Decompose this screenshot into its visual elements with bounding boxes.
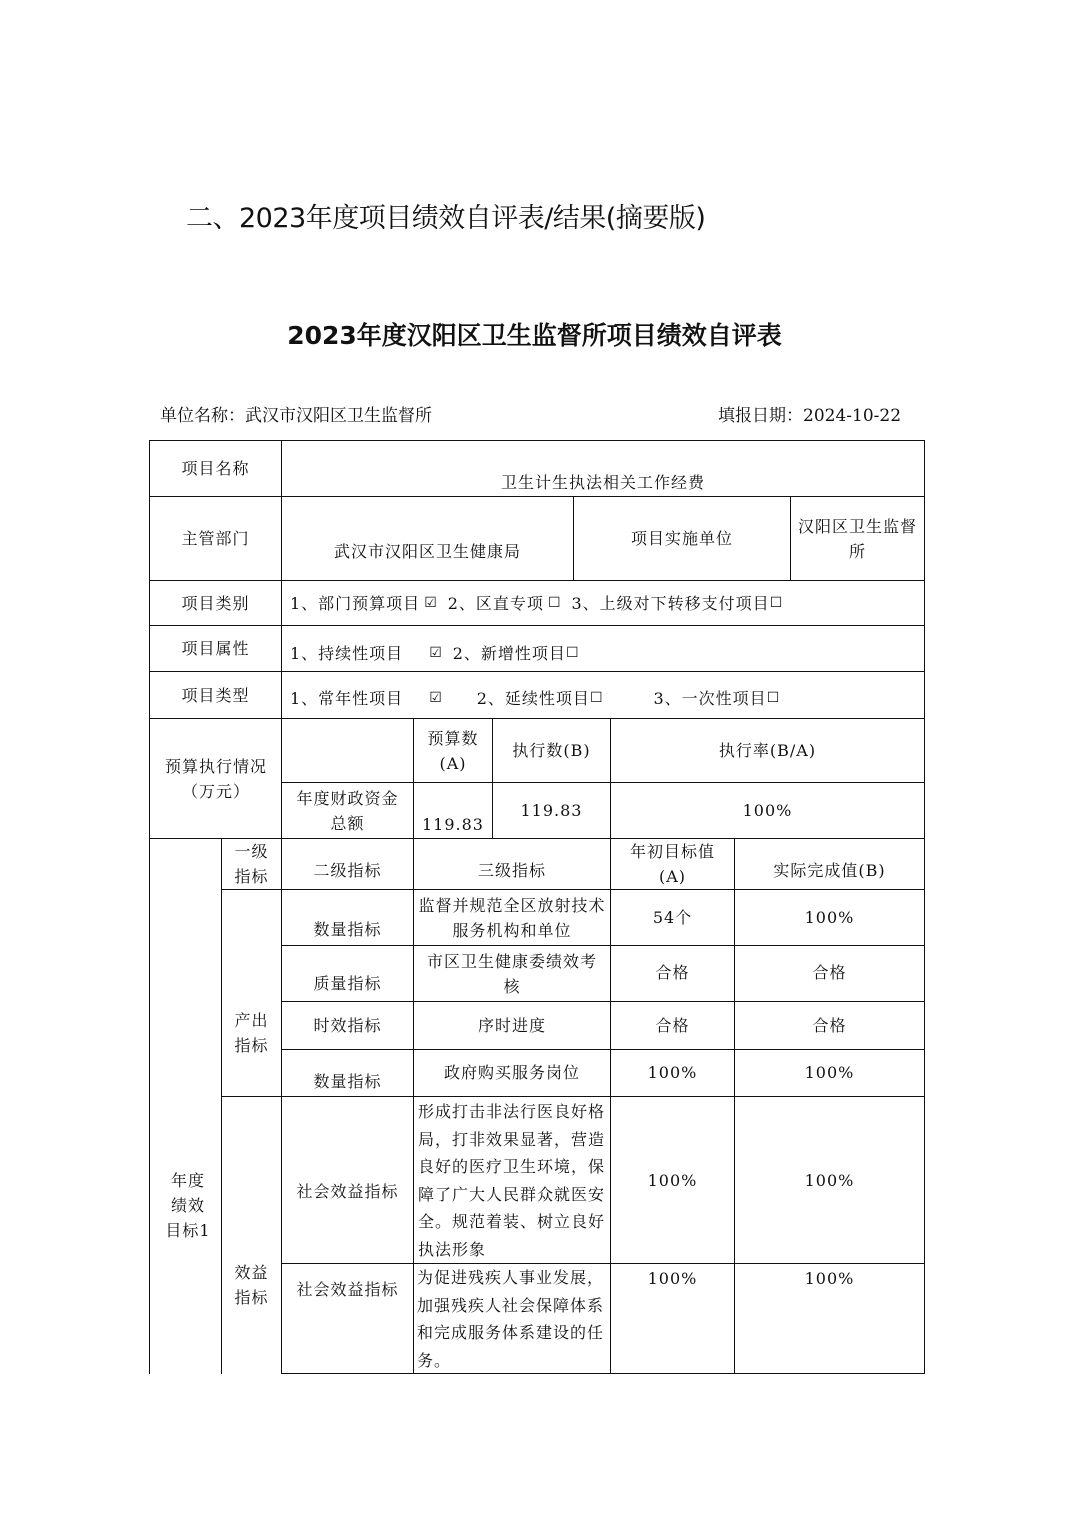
- row-target: 100%: [611, 1050, 734, 1094]
- row-actual: 100%: [735, 890, 924, 945]
- attribute-label: 项目属性: [150, 626, 281, 671]
- row-actual: 100%: [735, 1266, 924, 1296]
- row-level2: 时效指标: [282, 1002, 413, 1049]
- row-level2: 社会效益指标: [282, 1166, 413, 1216]
- type-label: 项目类型: [150, 672, 281, 718]
- type-options: 1、常年性项目 ☑ 2、延续性项目 ☐ 3、一次性项目 ☐: [282, 675, 924, 721]
- category-option-2: 2、区直专项: [448, 591, 544, 616]
- checkbox-checked-icon[interactable]: ☑: [429, 641, 443, 666]
- attribute-options: 1、持续性项目 ☑ 2、新增性项目 ☐: [282, 631, 924, 676]
- target-header: 年初目标值(A): [611, 839, 734, 889]
- attribute-option-1: 1、持续性项目: [290, 641, 403, 666]
- row-actual: 合格: [735, 946, 924, 998]
- type-option-3: 3、一次性项目: [654, 686, 767, 711]
- level2-header: 二级指标: [282, 845, 413, 895]
- row-target: 100%: [611, 1266, 734, 1296]
- row-level3: 形成打击非法行医良好格局，打非效果显著，营造良好的医疗卫生环境，保障了广大人民群…: [414, 1097, 610, 1263]
- output-indicator-label: 产出指标: [222, 890, 281, 1096]
- project-name-label: 项目名称: [150, 441, 281, 496]
- row-target: 100%: [611, 1155, 734, 1205]
- annual-fund-label: 年度财政资金总额: [282, 783, 413, 838]
- row-level3: 序时进度: [414, 1002, 610, 1049]
- budget-label: 预算执行情况（万元）: [152, 719, 280, 838]
- type-option-2: 2、延续性项目: [477, 686, 590, 711]
- row-actual: 合格: [735, 1002, 924, 1049]
- row-level3: 监督并规范全区放射技术服务机构和单位: [414, 890, 610, 945]
- level1-header: 一级指标: [222, 839, 281, 889]
- checkbox-checked-icon[interactable]: ☑: [429, 686, 443, 711]
- row-level3: 市区卫生健康委绩效考核: [414, 946, 610, 1001]
- actual-header: 实际完成值(B): [735, 845, 924, 895]
- checkbox-unchecked-icon[interactable]: ☐: [548, 591, 562, 616]
- row-level2: 数量指标: [282, 1058, 413, 1105]
- row-target: 54个: [611, 890, 734, 945]
- checkbox-unchecked-icon[interactable]: ☐: [590, 686, 604, 711]
- checkbox-checked-icon[interactable]: ☑: [424, 591, 438, 616]
- checkbox-unchecked-icon[interactable]: ☐: [767, 686, 781, 711]
- budget-value: 119.83: [414, 797, 492, 852]
- attribute-option-2: 2、新增性项目: [453, 641, 566, 666]
- category-option-3: 3、上级对下转移支付项目: [572, 591, 770, 616]
- benefit-indicator-label: 效益指标: [222, 1097, 281, 1373]
- row-actual: 100%: [735, 1155, 924, 1205]
- row-level2: 社会效益指标: [282, 1264, 413, 1314]
- row-level3: 政府购买服务岗位: [414, 1050, 610, 1094]
- level3-header: 三级指标: [414, 845, 610, 895]
- rate-value: 100%: [611, 783, 924, 838]
- impl-unit-label: 项目实施单位: [574, 497, 790, 580]
- row-actual: 100%: [735, 1050, 924, 1094]
- dept-label: 主管部门: [150, 497, 281, 580]
- unit-name: 单位名称：武汉市汉阳区卫生监督所: [160, 401, 432, 426]
- checkbox-unchecked-icon[interactable]: ☐: [770, 591, 784, 616]
- row-level2: 数量指标: [282, 902, 413, 957]
- category-option-1: 1、部门预算项目: [290, 591, 420, 616]
- row-target: 合格: [611, 1002, 734, 1049]
- section-heading: 二、2023年度项目绩效自评表/结果(摘要版): [186, 196, 705, 235]
- checkbox-unchecked-icon[interactable]: ☐: [566, 641, 580, 666]
- impl-unit-value: 汉阳区卫生监督所: [791, 497, 924, 580]
- exec-col-header: 执行数(B): [493, 719, 610, 782]
- exec-value: 119.83: [493, 783, 610, 838]
- category-label: 项目类别: [150, 581, 281, 625]
- category-options: 1、部门预算项目 ☑ 2、区直专项 ☐ 3、上级对下转移支付项目 ☐: [282, 581, 924, 625]
- row-target: 合格: [611, 946, 734, 998]
- goal-group-label: 年度绩效目标1: [158, 1160, 218, 1250]
- budget-col-header: 预算数(A): [414, 719, 492, 782]
- row-level3: 为促进残疾人事业发展，加强残疾人社会保障体系和完成服务体系建设的任务。: [414, 1264, 610, 1372]
- document-title: 2023年度汉阳区卫生监督所项目绩效自评表: [0, 316, 1069, 352]
- report-date: 填报日期：2024-10-22: [718, 401, 901, 426]
- type-option-1: 1、常年性项目: [290, 686, 403, 711]
- rate-col-header: 执行率(B/A): [611, 719, 924, 782]
